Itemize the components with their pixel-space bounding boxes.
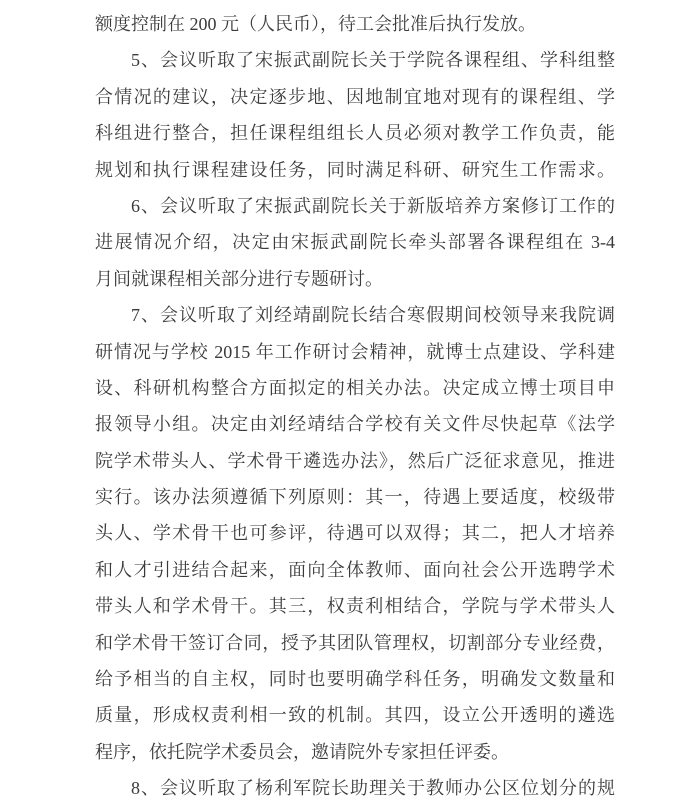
text-line: 带头人和学术骨干。其三，权责利相结合，学院与学术带头人 bbox=[95, 588, 615, 624]
text-line: 进展情况介绍，决定由宋振武副院长牵头部署各课程组在 3-4 bbox=[95, 224, 615, 260]
text-line: 规划和执行课程建设任务，同时满足科研、研究生工作需求。 bbox=[95, 152, 615, 188]
text-line: 7、会议听取了刘经靖副院长结合寒假期间校领导来我院调 bbox=[95, 297, 615, 333]
text-line: 给予相当的自主权，同时也要明确学科任务，明确发文数量和 bbox=[95, 661, 615, 697]
text-line: 6、会议听取了宋振武副院长关于新版培养方案修订工作的 bbox=[95, 188, 615, 224]
text-line: 5、会议听取了宋振武副院长关于学院各课程组、学科组整 bbox=[95, 42, 615, 78]
text-line: 额度控制在 200 元（人民币），待工会批准后执行发放。 bbox=[95, 6, 615, 42]
text-line: 设、科研机构整合方面拟定的相关办法。决定成立博士项目申 bbox=[95, 370, 615, 406]
text-line: 和人才引进结合起来，面向全体教师、面向社会公开选聘学术 bbox=[95, 552, 615, 588]
text-line: 质量，形成权责利相一致的机制。其四，设立公开透明的遴选 bbox=[95, 697, 615, 733]
text-line: 报领导小组。决定由刘经靖结合学校有关文件尽快起草《法学 bbox=[95, 406, 615, 442]
text-block: 额度控制在 200 元（人民币），待工会批准后执行发放。5、会议听取了宋振武副院… bbox=[95, 6, 615, 807]
text-line: 院学术带头人、学术骨干遴选办法》，然后广泛征求意见，推进 bbox=[95, 443, 615, 479]
text-line: 合情况的建议，决定逐步地、因地制宜地对现有的课程组、学 bbox=[95, 79, 615, 115]
text-line: 研情况与学校 2015 年工作研讨会精神，就博士点建设、学科建 bbox=[95, 334, 615, 370]
text-line: 月间就课程相关部分进行专题研讨。 bbox=[95, 261, 615, 297]
document-page: 额度控制在 200 元（人民币），待工会批准后执行发放。5、会议听取了宋振武副院… bbox=[0, 0, 700, 807]
text-line: 科组进行整合，担任课程组组长人员必须对教学工作负责，能 bbox=[95, 115, 615, 151]
text-line: 实行。该办法须遵循下列原则：其一，待遇上要适度，校级带 bbox=[95, 479, 615, 515]
text-line: 8、会议听取了杨利军院长助理关于教师办公区位划分的规 bbox=[95, 770, 615, 806]
text-line: 和学术骨干签订合同，授予其团队管理权，切割部分专业经费， bbox=[95, 625, 615, 661]
text-line: 头人、学术骨干也可参评，待遇可以双得；其二，把人才培养 bbox=[95, 515, 615, 551]
text-line: 程序，依托院学术委员会，邀请院外专家担任评委。 bbox=[95, 734, 615, 770]
